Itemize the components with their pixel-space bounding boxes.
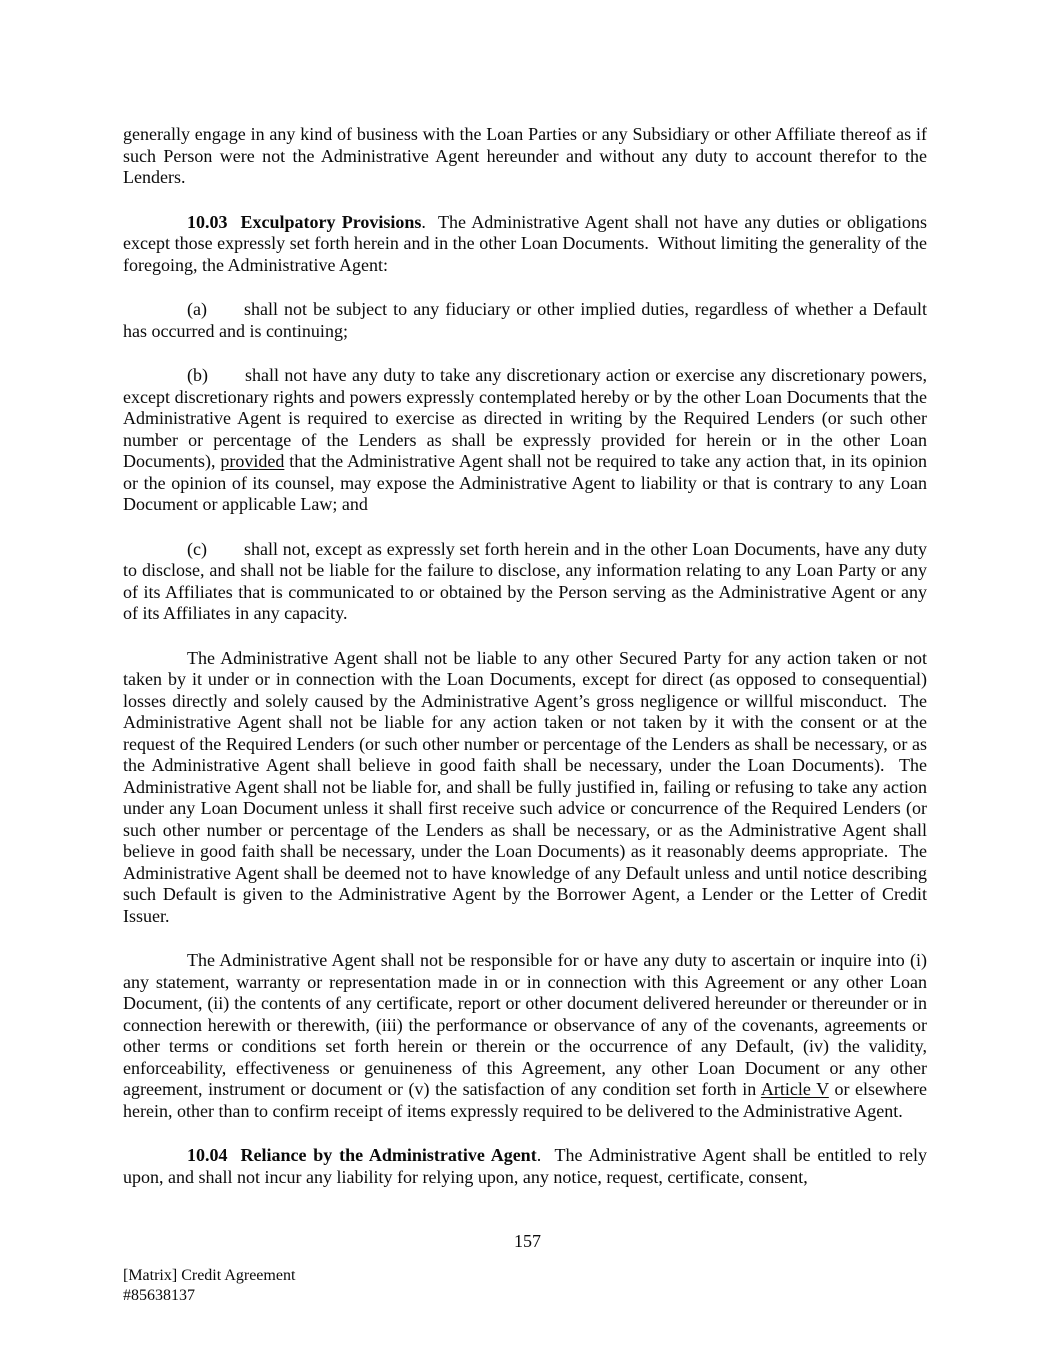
article-v-reference: Article V: [761, 1079, 829, 1099]
item-b-label: (b): [187, 365, 208, 385]
paragraph-item-b: (b)shall not have any duty to take any d…: [123, 365, 927, 516]
paragraph-section-10-03: 10.03Exculpatory Provisions. The Adminis…: [123, 212, 927, 277]
paragraph-item-a: (a)shall not be subject to any fiduciary…: [123, 299, 927, 342]
item-a-text: shall not be subject to any fiduciary or…: [123, 299, 932, 341]
document-body: generally engage in any kind of business…: [123, 124, 927, 1188]
document-page: generally engage in any kind of business…: [0, 0, 1055, 1365]
item-c-label: (c): [187, 539, 207, 559]
section-title-10-04: Reliance by the Administrative Agent: [241, 1145, 537, 1165]
item-c-text: shall not, except as expressly set forth…: [123, 539, 932, 624]
footer-document-id: #85638137: [123, 1286, 295, 1306]
paragraph-item-c: (c)shall not, except as expressly set fo…: [123, 539, 927, 625]
section-number-10-03: 10.03: [187, 212, 228, 232]
item-a-label: (a): [187, 299, 207, 319]
section-number-10-04: 10.04: [187, 1145, 228, 1165]
page-number: 157: [0, 1231, 1055, 1253]
paragraph-section-10-04: 10.04Reliance by the Administrative Agen…: [123, 1145, 927, 1188]
section-title-10-03: Exculpatory Provisions: [241, 212, 422, 232]
paragraph-responsibility: The Administrative Agent shall not be re…: [123, 950, 927, 1122]
paragraph-liability: The Administrative Agent shall not be li…: [123, 648, 927, 928]
footer: [Matrix] Credit Agreement #85638137: [123, 1266, 295, 1305]
responsibility-text-before: The Administrative Agent shall not be re…: [123, 950, 932, 1099]
item-b-underlined-provided: provided: [220, 451, 284, 471]
paragraph-continuation: generally engage in any kind of business…: [123, 124, 927, 189]
footer-document-name: [Matrix] Credit Agreement: [123, 1266, 295, 1286]
